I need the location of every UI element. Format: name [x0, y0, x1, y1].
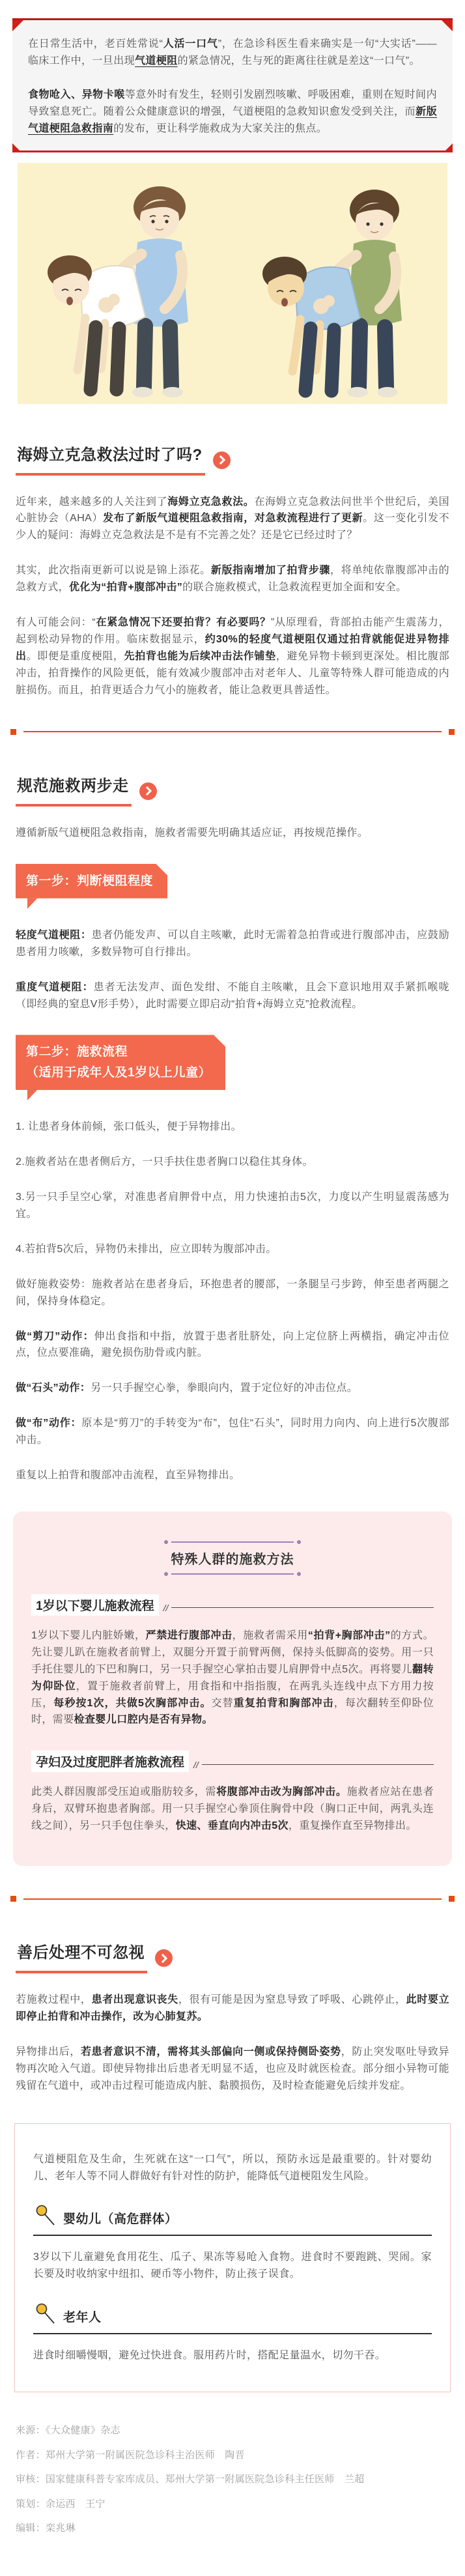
step-item: 3.另一只手呈空心掌，对准患者肩胛骨中点，用力快速拍击5次，力度以产生明显震荡感… [16, 1189, 449, 1223]
chevron-right-icon [213, 451, 231, 469]
step-item: 4.若拍背5次后，异物仍未排出，应立即转为腹部冲击。 [16, 1241, 449, 1258]
paragraph: 重复以上拍背和腹部冲击流程，直至异物排出。 [16, 1467, 449, 1484]
corner-triangle-icon [445, 143, 453, 150]
section-heading-aftercare: 善后处理不可忽视 [16, 1939, 449, 1973]
decor-line [171, 1573, 294, 1575]
subheading-pregnant: 孕妇及过度肥胖者施救流程 // [31, 1751, 434, 1772]
step1-label: 第一步：判断梗阻程度 [16, 864, 449, 909]
paragraph: 其实，此次指南更新可以说是锦上添花。新版指南增加了拍背步骤，将单纯依靠腹部冲击的… [16, 562, 449, 596]
step-label-text: 第二步：施救流程 （适用于成年人及1岁以上儿童） [16, 1035, 225, 1090]
article-page: 在日常生活中，老百姓常说“人活一口气”，在急诊科医生看来确实是一句“大实话”——… [0, 0, 465, 2576]
section-title: 规范施救两步走 [16, 773, 132, 807]
double-slash-decor: // [163, 1603, 169, 1613]
paragraph: 此类人群因腹部受压迫或脂肪较多，需将腹部冲击改为胸部冲击。施救者应站在患者身后，… [31, 1784, 434, 1835]
subheading-text: 1岁以下婴儿施救流程 [31, 1594, 159, 1616]
prevention-box: 气道梗阻危及生命，生死就在这“一口气”，所以，预防永远是最重要的。针对婴幼儿、老… [14, 2123, 451, 2393]
corner-triangle-icon [12, 20, 23, 31]
credit-reviewer: 审核：国家健康科普专家库成员、郑州大学第一附属医院急诊科主任医师 兰超 [16, 2472, 449, 2487]
section-divider [10, 729, 455, 735]
paragraph: 遵循新版气道梗阻急救指南，施救者需要先明确其适应证，再按规范操作。 [16, 825, 449, 842]
intro-highlight-box: 在日常生活中，老百姓常说“人活一口气”，在急诊科医生看来确实是一句“大实话”——… [12, 18, 453, 152]
credit-editor: 编辑：栾兆琳 [16, 2521, 449, 2536]
paragraph: 重度气道梗阻：患者无法发声、面色发绀、不能自主咳嗽，且会下意识地用双手紧抓喉咙（… [16, 979, 449, 1013]
special-title-text: 特殊人群的施救方法 [171, 1549, 294, 1567]
chevron-right-icon [139, 782, 157, 800]
section-divider [10, 1896, 455, 1902]
paragraph: 有人可能会问：“在紧急情况下还要拍背？有必要吗？”从原理看，背部拍击能产生震荡力… [16, 614, 449, 699]
paragraph: 气道梗阻危及生命，生死就在这“一口气”，所以，预防永远是最重要的。针对婴幼儿、老… [33, 2151, 432, 2185]
rule-line [171, 1607, 434, 1608]
paragraph: 近年来，越来越多的人关注到了海姆立克急救法。在海姆立克急救法问世半个世纪后，美国… [16, 494, 449, 545]
subheading-infant: 1岁以下婴儿施救流程 // [31, 1594, 434, 1616]
paragraph: 异物排出后，若患者意识不清，需将其头部偏向一侧或保持侧卧姿势，防止突发呕吐导致异… [16, 2044, 449, 2095]
double-slash-decor: // [193, 1760, 199, 1770]
paragraph: 做好施救姿势：施救者站在患者身后，环抱患者的腰部，一条腿呈弓步跨，伸至患者两腿之… [16, 1276, 449, 1310]
pin-icon [35, 2302, 58, 2328]
heimlich-illustration [18, 163, 447, 404]
section-title: 善后处理不可忽视 [16, 1939, 147, 1973]
decor-line [171, 1541, 294, 1543]
credit-author: 作者：郑州大学第一附属医院急诊科主治医师 陶晋 [16, 2448, 449, 2463]
chevron-right-icon [155, 1949, 173, 1967]
step2-label: 第二步：施救流程 （适用于成年人及1岁以上儿童） [16, 1035, 449, 1100]
section-heading-heimlich: 海姆立克急救法过时了吗? [16, 442, 449, 476]
special-box-title: 特殊人群的施救方法 [31, 1541, 434, 1575]
step-item: 2.施救者站在患者侧后方，一只手扶住患者胸口以稳住其身体。 [16, 1154, 449, 1171]
article-credits: 来源：《大众健康》杂志 作者：郑州大学第一附属医院急诊科主治医师 陶晋 审核：国… [16, 2424, 449, 2536]
credit-source: 来源：《大众健康》杂志 [16, 2424, 449, 2439]
paragraph: 做“剪刀”动作：伸出食指和中指，放置于患者肚脐处，向上定位脐上两横指，确定冲击位… [16, 1328, 449, 1362]
section-title: 海姆立克急救法过时了吗? [16, 442, 205, 476]
paragraph: 1岁以下婴儿内脏娇嫩，严禁进行腹部冲击，施救者需采用“拍背+胸部冲击”的方式。先… [31, 1627, 434, 1728]
step-label-text: 第一步：判断梗阻程度 [16, 864, 167, 898]
corner-triangle-icon [12, 143, 20, 150]
paragraph: 做“布”动作：原本是“剪刀”的手转变为“布”，包住“石头”，同时用力向内、向上进… [16, 1415, 449, 1449]
special-populations-box: 特殊人群的施救方法 1岁以下婴儿施救流程 // 1岁以下婴儿内脏娇嫩，严禁进行腹… [13, 1511, 452, 1866]
corner-triangle-icon [442, 20, 453, 31]
group-header-text: 婴幼儿（高危群体） [63, 2212, 178, 2226]
subheading-text: 孕妇及过度肥胖者施救流程 [31, 1751, 189, 1772]
group-header-elderly: 老年人 [33, 2305, 432, 2334]
rule-line [202, 1764, 434, 1765]
group-header-infants: 婴幼儿（高危群体） [33, 2207, 432, 2236]
paragraph: 若施救过程中，患者出现意识丧失，很有可能是因为窒息导致了呼吸、心跳停止，此时要立… [16, 1992, 449, 2025]
paragraph: 3岁以下儿童避免食用花生、瓜子、果冻等易呛入食物。进食时不要跑跳、哭闹。家长要及… [33, 2249, 432, 2283]
intro-paragraph: 食物呛入、异物卡喉等意外时有发生，轻则引发剧烈咳嗽、呼吸困难，重则在短时间内导致… [28, 87, 437, 137]
section-heading-steps: 规范施救两步走 [16, 773, 449, 807]
pin-icon [35, 2204, 58, 2230]
step-item: 1. 让患者身体前倾，张口低头，便于异物排出。 [16, 1119, 449, 1136]
paragraph: 做“石头”动作：另一只手握空心拳，拳眼向内，置于定位好的冲击位点。 [16, 1380, 449, 1397]
label-tail [27, 1090, 37, 1100]
intro-paragraph: 在日常生活中，老百姓常说“人活一口气”，在急诊科医生看来确实是一句“大实话”——… [28, 36, 437, 70]
paragraph: 进食时细嚼慢咽，避免过快进食。服用药片时，搭配足量温水，切勿干吞。 [33, 2347, 432, 2364]
credit-planner: 策划：余运西 王宁 [16, 2497, 449, 2512]
group-header-text: 老年人 [63, 2311, 102, 2325]
label-tail [27, 898, 37, 909]
paragraph: 轻度气道梗阻：患者仍能发声、可以自主咳嗽，此时无需着急拍背或进行腹部冲击，应鼓励… [16, 927, 449, 961]
